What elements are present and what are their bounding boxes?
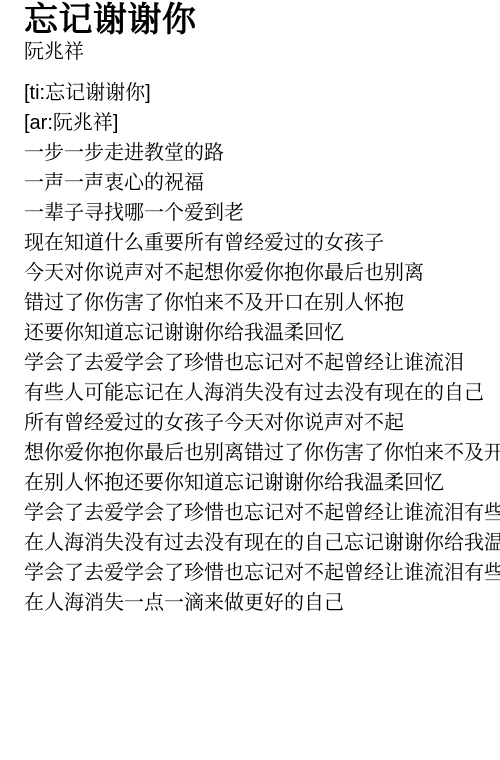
lyrics-block: [ti:忘记谢谢你] [ar:阮兆祥] 一步一步走进教堂的路一声一声衷心的祝福一… xyxy=(24,78,500,618)
lyric-line: 有些人可能忘记在人海消失没有过去没有现在的自己 xyxy=(24,378,500,408)
lyric-line: 现在知道什么重要所有曾经爱过的女孩子 xyxy=(24,228,500,258)
lyric-line: 一步一步走进教堂的路 xyxy=(24,138,500,168)
lyric-line: 一声一声衷心的祝福 xyxy=(24,168,500,198)
lyric-line: 在别人怀抱还要你知道忘记谢谢你给我温柔回忆 xyxy=(24,468,500,498)
lyric-line: 学会了去爱学会了珍惜也忘记对不起曾经让谁流泪 xyxy=(24,348,500,378)
lyric-line: 想你爱你抱你最后也别离错过了你伤害了你怕来不及开 xyxy=(24,438,500,468)
lyric-line: 错过了你伤害了你怕来不及开口在别人怀抱 xyxy=(24,288,500,318)
lyric-line: 今天对你说声对不起想你爱你抱你最后也别离 xyxy=(24,258,500,288)
artist-name: 阮兆祥 xyxy=(24,40,500,64)
lyric-line: 在人海消失一点一滴来做更好的自己 xyxy=(24,588,500,618)
lyric-line: 学会了去爱学会了珍惜也忘记对不起曾经让谁流泪有些 xyxy=(24,498,500,528)
meta-line-ti: [ti:忘记谢谢你] xyxy=(24,78,500,108)
lyric-line: 学会了去爱学会了珍惜也忘记对不起曾经让谁流泪有些 xyxy=(24,558,500,588)
meta-line-ar: [ar:阮兆祥] xyxy=(24,108,500,138)
lyrics-lines: 一步一步走进教堂的路一声一声衷心的祝福一辈子寻找哪一个爱到老现在知道什么重要所有… xyxy=(24,138,500,618)
lyric-line: 所有曾经爱过的女孩子今天对你说声对不起 xyxy=(24,408,500,438)
lyric-line: 一辈子寻找哪一个爱到老 xyxy=(24,198,500,228)
lyrics-page: 忘记谢谢你 阮兆祥 [ti:忘记谢谢你] [ar:阮兆祥] 一步一步走进教堂的路… xyxy=(0,0,500,760)
page-title: 忘记谢谢你 xyxy=(24,0,500,40)
lyric-line: 还要你知道忘记谢谢你给我温柔回忆 xyxy=(24,318,500,348)
lyric-line: 在人海消失没有过去没有现在的自己忘记谢谢你给我温 xyxy=(24,528,500,558)
